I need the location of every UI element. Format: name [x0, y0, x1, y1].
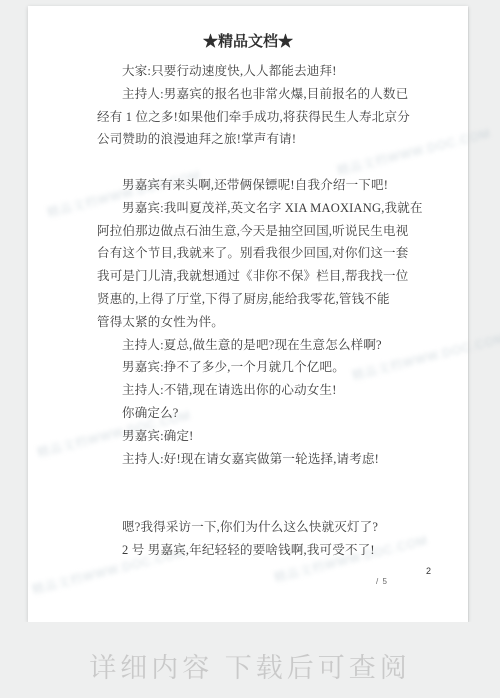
document-body: 大家:只要行动速度快,人人都能去迪拜!主持人:男嘉宾的报名也非常火爆,目前报名的… — [97, 60, 428, 562]
doc-line: 主持人:不错,现在请选出你的心动女生! — [97, 379, 428, 402]
doc-line: 主持人:好!现在请女嘉宾做第一轮选择,请考虑! — [97, 448, 428, 471]
doc-line: 台有这个节目,我就来了。别看我很少回国,对你们这一套 — [97, 242, 428, 265]
doc-line: 公司赞助的浪漫迪拜之旅!掌声有请! — [97, 128, 428, 151]
page-count: / 5 — [376, 577, 388, 586]
doc-line: 主持人:夏总,做生意的是吧?现在生意怎么样啊? — [97, 334, 428, 357]
bottom-band: 详细内容 下载后可查阅 — [0, 622, 500, 698]
document-title: ★精品文档★ — [28, 32, 468, 52]
document-page: 精品文档WWW.DOC.COM 精品文档WWW.DOC.COM 精品文档WWW.… — [28, 6, 468, 622]
page-number: 2 — [426, 566, 431, 576]
download-hint: 详细内容 下载后可查阅 — [0, 646, 500, 685]
doc-line — [97, 493, 428, 516]
doc-line: 贤惠的,上得了厅堂,下得了厨房,能给我零花,管钱不能 — [97, 288, 428, 311]
screenshot-root: { "page": { "title": "★精品文档★", "lines": … — [0, 0, 500, 698]
doc-line — [97, 151, 428, 174]
doc-line: 男嘉宾:确定! — [97, 425, 428, 448]
doc-line: 大家:只要行动速度快,人人都能去迪拜! — [97, 60, 428, 83]
doc-line: 2 号 男嘉宾,年纪轻轻的要啥钱啊,我可受不了! — [97, 539, 428, 562]
doc-line: 主持人:男嘉宾的报名也非常火爆,目前报名的人数已 — [97, 83, 428, 106]
doc-line: 你确定么? — [97, 402, 428, 425]
doc-line: 管得太紧的女性为伴。 — [97, 311, 428, 334]
doc-line: 男嘉宾:挣不了多少,一个月就几个亿吧。 — [97, 356, 428, 379]
doc-line: 嗯?我得采访一下,你们为什么这么快就灭灯了? — [97, 516, 428, 539]
doc-line: 阿拉伯那边做点石油生意,今天是抽空回国,听说民生电视 — [97, 220, 428, 243]
doc-line — [97, 470, 428, 493]
doc-line: 男嘉宾:我叫夏茂祥,英文名字 XIA MAOXIANG,我就在 — [97, 197, 428, 220]
doc-line: 经有 1 位之多!如果他们牵手成功,将获得民生人寿北京分 — [97, 106, 428, 129]
doc-line: 我可是门儿清,我就想通过《非你不保》栏目,帮我找一位 — [97, 265, 428, 288]
doc-line: 男嘉宾有来头啊,还带俩保镖呢!自我介绍一下吧! — [97, 174, 428, 197]
